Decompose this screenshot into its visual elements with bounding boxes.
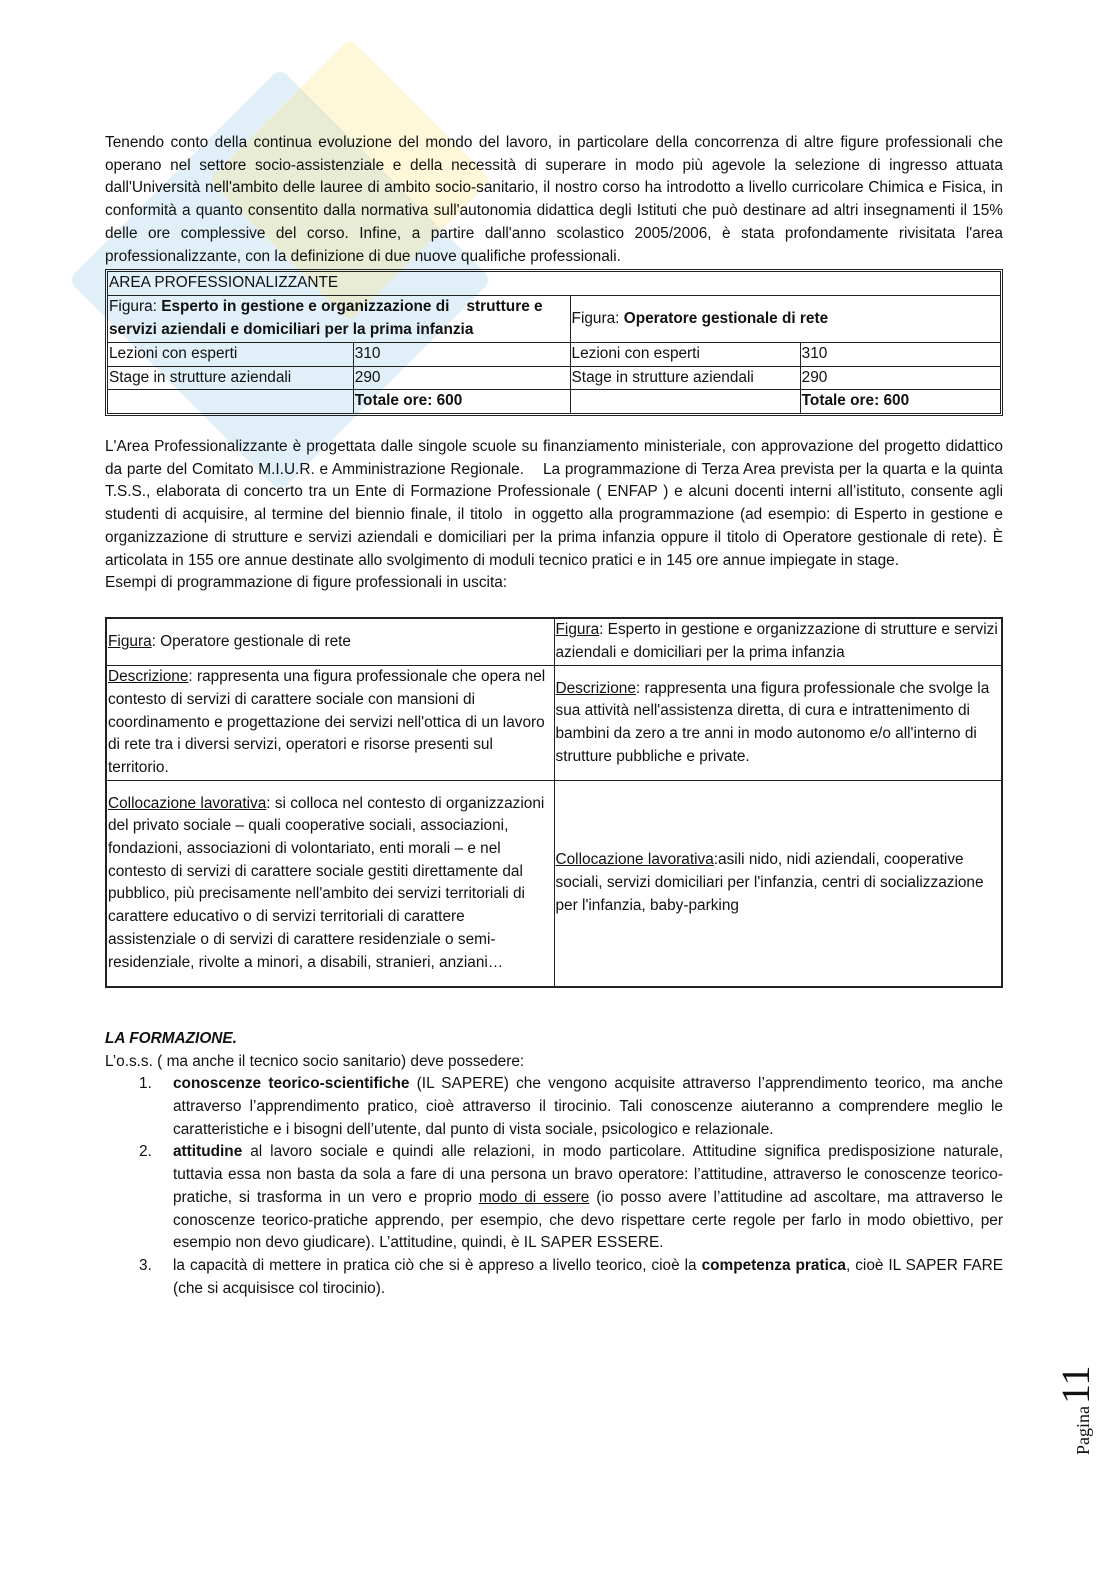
section-title: LA FORMAZIONE. [105, 1028, 1003, 1051]
total-value: Totale ore: 600 [353, 390, 570, 413]
figure-cell-1: Figura: Esperto in gestione e organizzaz… [108, 295, 570, 342]
total-value: Totale ore: 600 [800, 390, 1000, 413]
list-item: 2.attitudine al lavoro sociale e quindi … [105, 1141, 1003, 1255]
figura-cell: Figura: Operatore gestionale di rete [106, 618, 554, 666]
examples-intro: Esempi di programmazione di figure profe… [105, 572, 1003, 595]
formazione-list: 1.conoscenze teorico-scientifiche (IL SA… [105, 1073, 1003, 1300]
descrizione-cell: Descrizione: rappresenta una figura prof… [554, 665, 1002, 780]
page-number: Pagina11 [1052, 1365, 1099, 1455]
intro-paragraph: Tenendo conto della continua evoluzione … [105, 132, 1003, 268]
collocazione-cell: Collocazione lavorativa: si colloca nel … [106, 780, 554, 987]
formazione-intro: L’o.s.s. ( ma anche il tecnico socio san… [105, 1051, 1003, 1074]
table-row: Collocazione lavorativa: si colloca nel … [106, 780, 1002, 987]
list-item: 3.la capacità di mettere in pratica ciò … [105, 1255, 1003, 1300]
document-body: Tenendo conto della continua evoluzione … [105, 132, 1003, 1300]
figure-name: Operatore gestionale di rete [624, 310, 828, 327]
row-label: Lezioni con esperti [570, 342, 800, 366]
collocazione-cell: Collocazione lavorativa:asili nido, nidi… [554, 780, 1002, 987]
descrizione-cell: Descrizione: rappresenta una figura prof… [106, 665, 554, 780]
row-value: 290 [353, 366, 570, 390]
figura-cell: Figura: Esperto in gestione e organizzaz… [554, 618, 1002, 666]
list-item: 1.conoscenze teorico-scientifiche (IL SA… [105, 1073, 1003, 1141]
figure-name: Esperto in gestione e organizzazione di … [109, 298, 547, 338]
table-row-total: Totale ore: 600 Totale ore: 600 [108, 390, 1000, 413]
table-title: AREA PROFESSIONALIZZANTE [108, 272, 1000, 295]
row-label: Stage in strutture aziendali [570, 366, 800, 390]
row-value: 310 [800, 342, 1000, 366]
table-row: Descrizione: rappresenta una figura prof… [106, 665, 1002, 780]
area-professionalizzante-table: AREA PROFESSIONALIZZANTE Figura: Esperto… [105, 269, 1003, 416]
row-value: 290 [800, 366, 1000, 390]
table-row: Stage in strutture aziendali 290 Stage i… [108, 366, 1000, 390]
profiles-table: Figura: Operatore gestionale di rete Fig… [105, 617, 1003, 988]
figure-label: Figura: [572, 310, 624, 327]
page-number-value: 11 [1053, 1365, 1098, 1404]
figure-cell-2: Figura: Operatore gestionale di rete [570, 295, 1000, 342]
row-label: Lezioni con esperti [108, 342, 353, 366]
row-label: Stage in strutture aziendali [108, 366, 353, 390]
table-row: Figura: Operatore gestionale di rete Fig… [106, 618, 1002, 666]
page-label: Pagina [1073, 1406, 1093, 1455]
second-paragraph: L'Area Professionalizzante è progettata … [105, 436, 1003, 572]
figure-label: Figura: [109, 298, 161, 315]
row-value: 310 [353, 342, 570, 366]
table-row: Lezioni con esperti 310 Lezioni con espe… [108, 342, 1000, 366]
